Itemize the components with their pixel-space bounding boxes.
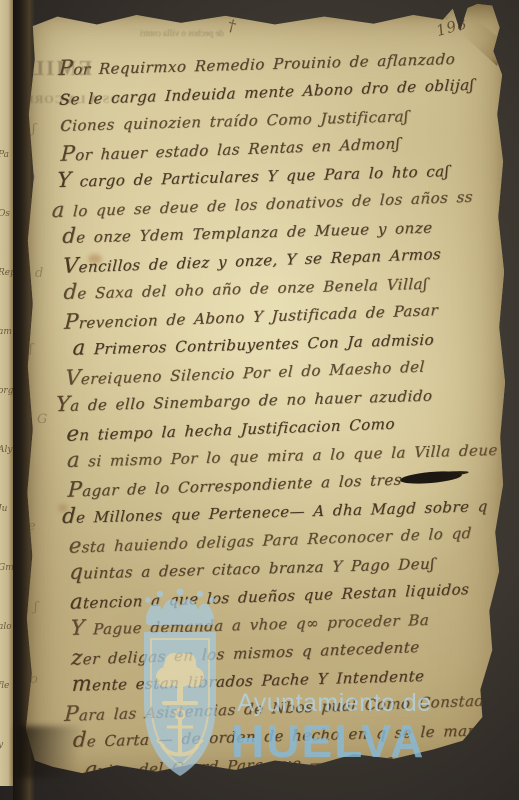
bottom-gutter-shadow (16, 726, 102, 778)
invocation-cross-mark: † (226, 15, 238, 35)
scanned-manuscript-page: PaOsRepamorgAlyJuGmalofley EMIL OS A LA … (0, 0, 519, 800)
margin-ghost-mark: ʃ (34, 600, 38, 615)
margin-ghost-mark: d (35, 266, 43, 281)
manuscript-lines: Por Requirmxo Remedio Prouinio de aflanz… (58, 46, 499, 783)
margin-ghost-mark: G (37, 412, 47, 427)
bleedthrough-text: de pechos o villa contri (140, 28, 224, 38)
manuscript-leaf: EMIL OS A LA CORR de pechos o villa cont… (18, 4, 512, 792)
folio-number: 198 (434, 14, 469, 40)
margin-ghost-mark: ʃ (32, 122, 36, 137)
